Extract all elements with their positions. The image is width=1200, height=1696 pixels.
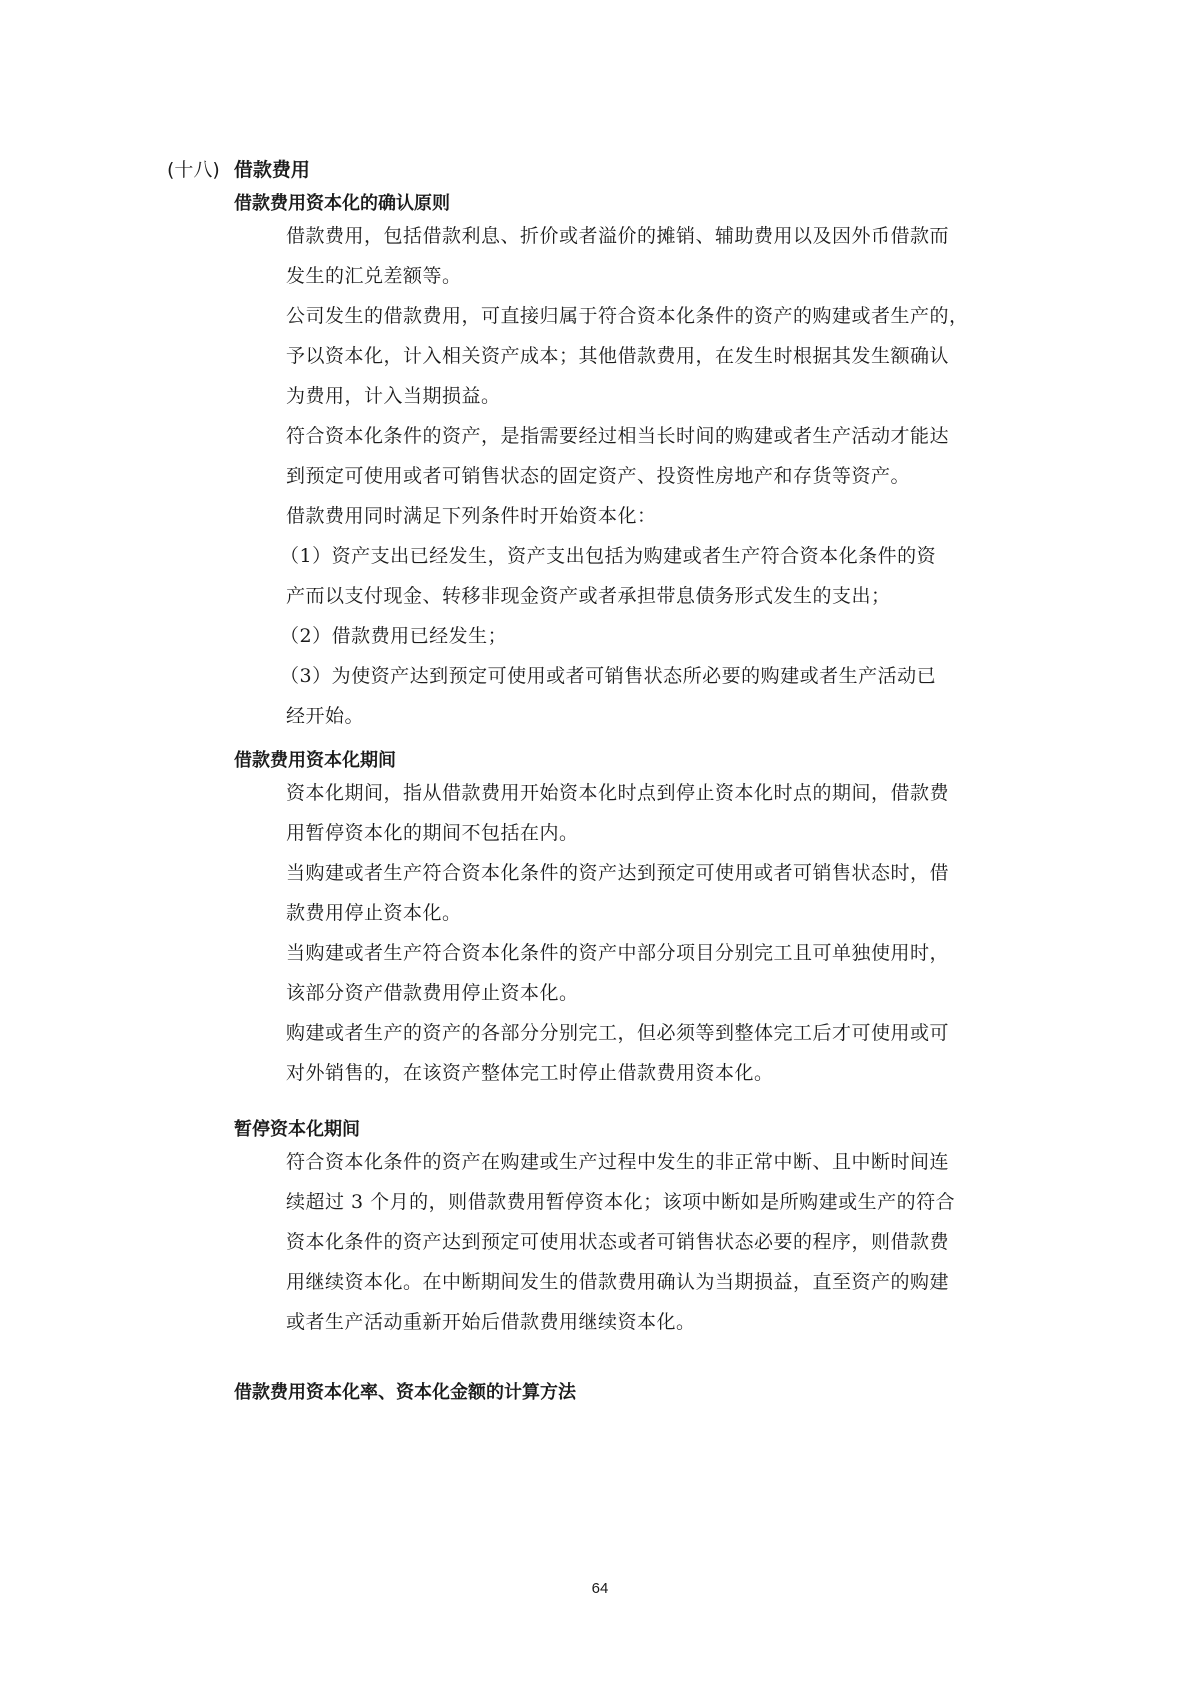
text-line: 或者生产活动重新开始后借款费用继续资本化。 (286, 1302, 966, 1342)
section-number: (十八) (167, 159, 220, 181)
document-page: (十八)借款费用 借款费用资本化的确认原则 借款费用，包括借款利息、折价或者溢价… (0, 0, 1200, 1696)
subsection-heading-recognition: 借款费用资本化的确认原则 (234, 189, 450, 215)
text-line: 对外销售的，在该资产整体完工时停止借款费用资本化。 (286, 1053, 966, 1093)
text-line: 到预定可使用或者可销售状态的固定资产、投资性房地产和存货等资产。 (286, 456, 966, 496)
list-item-1: （1）资产支出已经发生，资产支出包括为购建或者生产符合资本化条件的资 (280, 536, 966, 576)
text-line: 用暂停资本化的期间不包括在内。 (286, 813, 966, 853)
subsection-body-suspension: 符合资本化条件的资产在购建或生产过程中发生的非正常中断、且中断时间连 续超过 3… (286, 1142, 966, 1342)
subsection-body-period: 资本化期间，指从借款费用开始资本化时点到停止资本化时点的期间，借款费 用暂停资本… (286, 773, 966, 1093)
subsection-heading-calculation: 借款费用资本化率、资本化金额的计算方法 (234, 1378, 576, 1404)
text-line: 发生的汇兑差额等。 (286, 256, 966, 296)
list-item-2: （2）借款费用已经发生； (280, 616, 966, 656)
text-line: 予以资本化，计入相关资产成本；其他借款费用，在发生时根据其发生额确认 (286, 336, 966, 376)
section-heading: (十八)借款费用 (167, 155, 310, 182)
text-line: 公司发生的借款费用，可直接归属于符合资本化条件的资产的购建或者生产的， (286, 296, 966, 336)
text-line: 续超过 3 个月的，则借款费用暂停资本化；该项中断如是所购建或生产的符合 (286, 1182, 966, 1222)
text-line: 符合资本化条件的资产，是指需要经过相当长时间的购建或者生产活动才能达 (286, 416, 966, 456)
page-number: 64 (0, 1580, 1200, 1597)
text-line: 资本化期间，指从借款费用开始资本化时点到停止资本化时点的期间，借款费 (286, 773, 966, 813)
section-title: 借款费用 (234, 159, 310, 181)
text-line: 借款费用同时满足下列条件时开始资本化： (286, 496, 966, 536)
text-line: 借款费用，包括借款利息、折价或者溢价的摊销、辅助费用以及因外币借款而 (286, 216, 966, 256)
text-line: 经开始。 (286, 696, 966, 736)
subsection-body-recognition: 借款费用，包括借款利息、折价或者溢价的摊销、辅助费用以及因外币借款而 发生的汇兑… (286, 216, 966, 736)
text-line: 为费用，计入当期损益。 (286, 376, 966, 416)
text-line: 资本化条件的资产达到预定可使用状态或者可销售状态必要的程序，则借款费 (286, 1222, 966, 1262)
subsection-heading-period: 借款费用资本化期间 (234, 746, 396, 772)
subsection-heading-suspension: 暂停资本化期间 (234, 1115, 360, 1141)
text-line: 当购建或者生产符合资本化条件的资产达到预定可使用或者可销售状态时，借 (286, 853, 966, 893)
text-line: 该部分资产借款费用停止资本化。 (286, 973, 966, 1013)
text-line: 当购建或者生产符合资本化条件的资产中部分项目分别完工且可单独使用时， (286, 933, 966, 973)
text-line: 用继续资本化。在中断期间发生的借款费用确认为当期损益，直至资产的购建 (286, 1262, 966, 1302)
text-line: 款费用停止资本化。 (286, 893, 966, 933)
list-item-3: （3）为使资产达到预定可使用或者可销售状态所必要的购建或者生产活动已 (280, 656, 966, 696)
text-line: 产而以支付现金、转移非现金资产或者承担带息债务形式发生的支出； (286, 576, 966, 616)
text-line: 购建或者生产的资产的各部分分别完工，但必须等到整体完工后才可使用或可 (286, 1013, 966, 1053)
text-line: 符合资本化条件的资产在购建或生产过程中发生的非正常中断、且中断时间连 (286, 1142, 966, 1182)
